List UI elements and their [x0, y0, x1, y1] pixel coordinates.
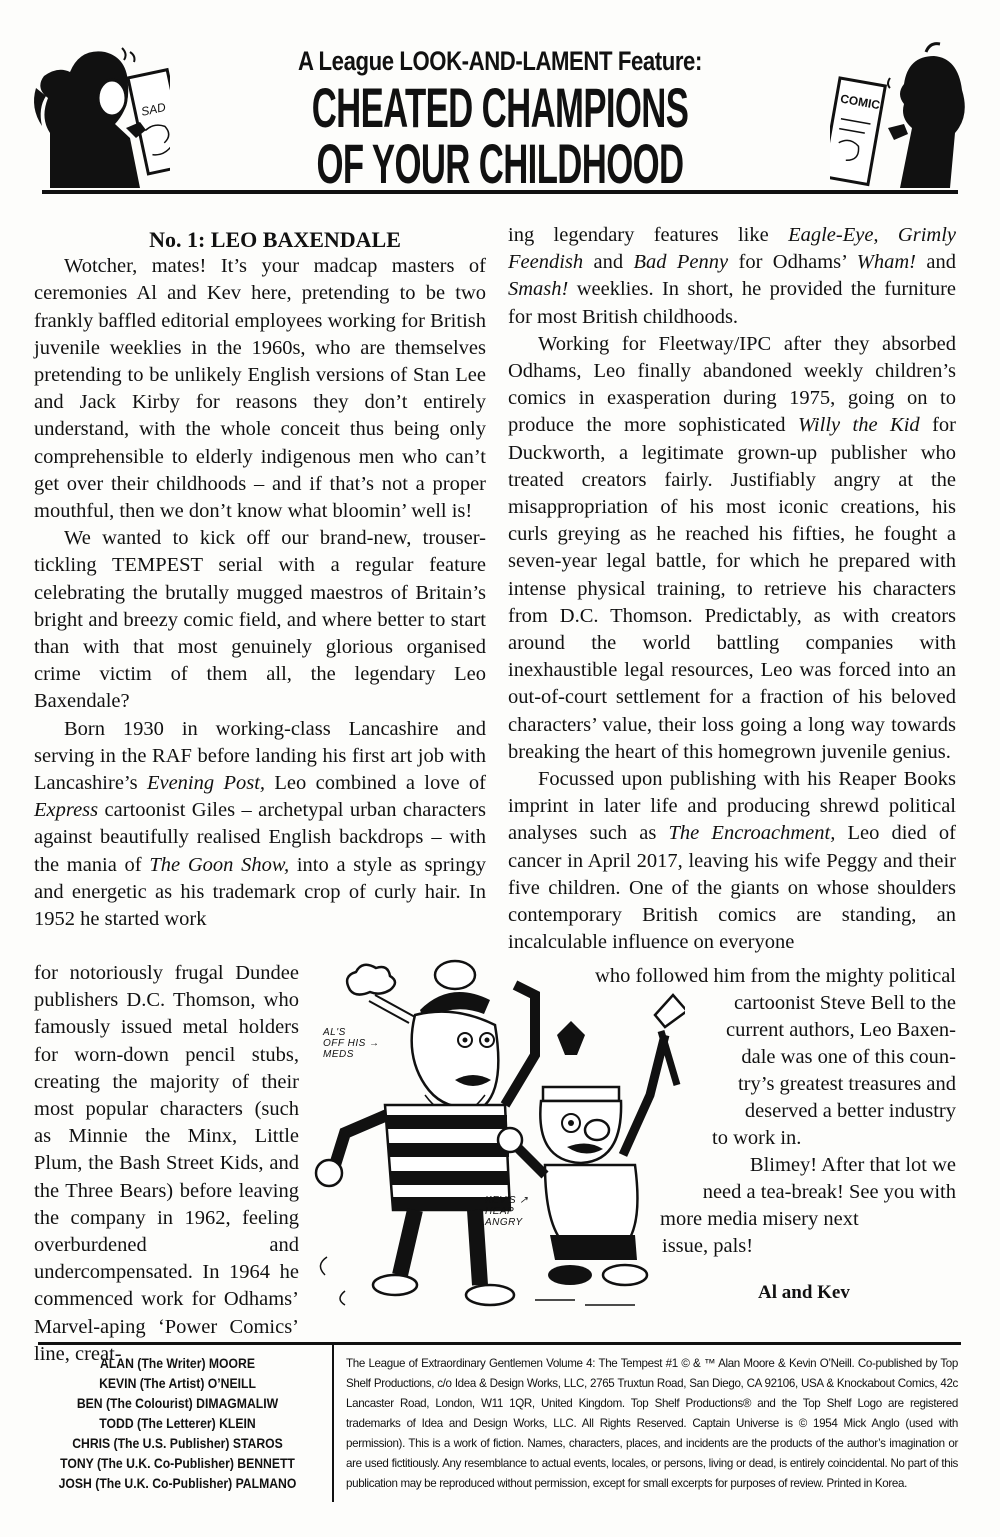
- wrap-line: need a tea-break! See you with: [680, 1179, 956, 1206]
- article-heading: No. 1: LEO BAXENDALE: [34, 226, 486, 253]
- credit-writer: ALAN (The Writer) MOORE: [51, 1354, 305, 1374]
- wrap-line: dale was one of this coun-: [710, 1044, 956, 1071]
- comic-text-page: SAD A League LOOK-AND-LAMENT Feature: CH…: [0, 0, 1000, 1537]
- banner-baseline-rule: [42, 190, 958, 194]
- credit-colourist: BEN (The Colourist) DIMAGMALIW: [51, 1394, 305, 1414]
- wrap-line: to work in.: [712, 1125, 956, 1152]
- caption-als-off-his-meds: AL'S OFF HIS → MEDS: [323, 1027, 380, 1060]
- wrap-line: more media misery next: [660, 1206, 936, 1233]
- wrap-line: cartoonist Steve Bell to the: [683, 990, 956, 1017]
- credit-artist: KEVIN (The Artist) O’NEILL: [51, 1374, 305, 1394]
- wrap-line: current authors, Leo Baxen-: [700, 1017, 956, 1044]
- feature-kicker: A League LOOK-AND-LAMENT Feature:: [106, 46, 893, 77]
- signoff: Al and Kev: [758, 1282, 850, 1304]
- caption-kevs-heap-angry: KEV'S ↗ HEAP ANGRY: [485, 1195, 528, 1228]
- article-left-wrap-text: for notoriously frugal Dundee publishers…: [34, 960, 299, 1368]
- credit-letterer: TODD (The Letterer) KLEIN: [51, 1414, 305, 1434]
- bearded-man-and-boy-with-axe-icon: [305, 955, 685, 1325]
- cartoon-illustration: AL'S OFF HIS → MEDS KEV'S ↗ HEAP ANGRY: [305, 955, 685, 1325]
- paragraph-biography: Born 1930 in working-class Lancashire an…: [34, 716, 486, 934]
- paragraph-intro: Wotcher, mates! It’s your madcap masters…: [34, 253, 486, 525]
- credit-us-publisher: CHRIS (The U.S. Publisher) STAROS: [51, 1434, 305, 1454]
- credit-uk-copublisher-1: TONY (The U.K. Co-Publisher) BENNETT: [51, 1454, 305, 1474]
- footer-divider-rule: [38, 1342, 961, 1345]
- footer-column-divider: [332, 1342, 334, 1502]
- wrap-line: try’s greatest treasures and: [705, 1071, 956, 1098]
- wrap-line: deserved a better industry: [712, 1098, 956, 1125]
- article-left-column: No. 1: LEO BAXENDALE Wotcher, mates! It’…: [34, 250, 486, 933]
- paragraph-odhams: ing legendary features like Eagle-Eye, G…: [508, 222, 956, 331]
- creator-credits: ALAN (The Writer) MOORE KEVIN (The Artis…: [30, 1354, 325, 1494]
- feature-banner: SAD A League LOOK-AND-LAMENT Feature: CH…: [20, 30, 980, 210]
- paragraph-tempest: We wanted to kick off our brand-new, tro…: [34, 525, 486, 715]
- credit-uk-copublisher-2: JOSH (The U.K. Co-Publisher) PALMANO: [51, 1474, 305, 1494]
- legal-indicia: The League of Extraordinary Gentlemen Vo…: [346, 1354, 958, 1494]
- paragraph-fleetway: Working for Fleetway/IPC after they abso…: [508, 331, 956, 766]
- paragraph-reaper-books: Focussed upon publishing with his Reaper…: [508, 766, 956, 956]
- article-right-column: ing legendary features like Eagle-Eye, G…: [508, 222, 956, 956]
- feature-title-line-1: CHEATED CHAMPIONS: [202, 82, 797, 134]
- wrap-line: Blimey! After that lot we: [735, 1152, 956, 1179]
- sweating-reader-boy-icon: COMIC: [830, 38, 970, 193]
- feature-title-line-2: OF YOUR CHILDHOOD: [202, 138, 797, 190]
- wrap-line: issue, pals!: [662, 1233, 938, 1260]
